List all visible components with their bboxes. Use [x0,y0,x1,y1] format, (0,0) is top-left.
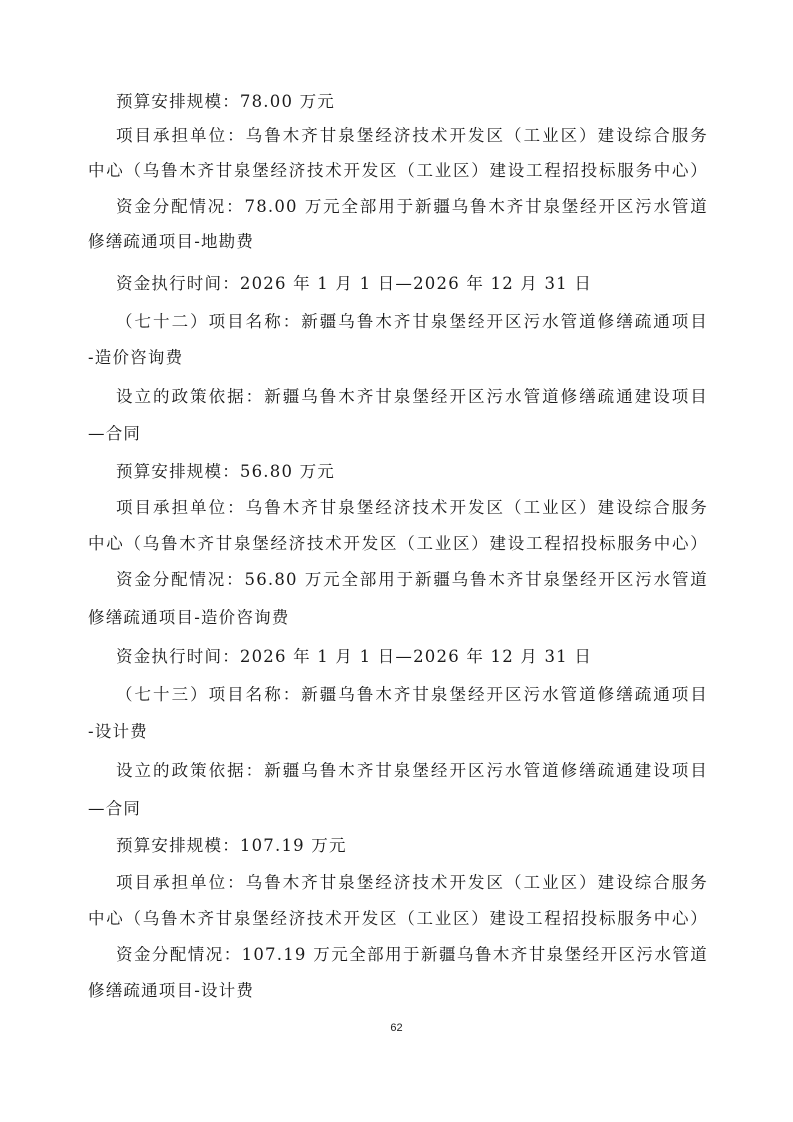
text-line: 中心（乌鲁木齐甘泉堡经济技术开发区（工业区）建设工程招投标服务中心） [88,160,708,182]
text-line: 修缮疏通项目-设计费 [88,980,708,1002]
document-page: 预算安排规模：78.00 万元项目承担单位：乌鲁木齐甘泉堡经济技术开发区（工业区… [0,0,793,1122]
text-line: 修缮疏通项目-造价咨询费 [88,607,708,629]
text-line: 设立的政策依据：新疆乌鲁木齐甘泉堡经开区污水管道修缮疏通建设项目 [116,386,708,408]
text-line: 项目承担单位：乌鲁木齐甘泉堡经济技术开发区（工业区）建设综合服务 [116,872,708,894]
text-line: -设计费 [88,721,708,743]
text-line: （七十三）项目名称：新疆乌鲁木齐甘泉堡经开区污水管道修缮疏通项目 [116,684,708,706]
text-line: 项目承担单位：乌鲁木齐甘泉堡经济技术开发区（工业区）建设综合服务 [116,497,708,519]
text-line: 设立的政策依据：新疆乌鲁木齐甘泉堡经开区污水管道修缮疏通建设项目 [116,760,708,782]
text-line: 预算安排规模：107.19 万元 [116,835,708,857]
text-line: （七十二）项目名称：新疆乌鲁木齐甘泉堡经开区污水管道修缮疏通项目 [116,311,708,333]
text-line: 资金分配情况：107.19 万元全部用于新疆乌鲁木齐甘泉堡经开区污水管道 [116,944,708,966]
text-line: 资金分配情况：56.80 万元全部用于新疆乌鲁木齐甘泉堡经开区污水管道 [116,569,708,591]
text-line: 预算安排规模：78.00 万元 [116,91,708,113]
text-line: -造价咨询费 [88,347,708,369]
text-line: 中心（乌鲁木齐甘泉堡经济技术开发区（工业区）建设工程招投标服务中心） [88,908,708,930]
text-line: 项目承担单位：乌鲁木齐甘泉堡经济技术开发区（工业区）建设综合服务 [116,125,708,147]
text-line: 预算安排规模：56.80 万元 [116,461,708,483]
text-line: 修缮疏通项目-地勘费 [88,231,708,253]
page-number: 62 [0,1022,793,1034]
text-line: 资金执行时间：2026 年 1 月 1 日—2026 年 12 月 31 日 [116,646,708,668]
text-line: 中心（乌鲁木齐甘泉堡经济技术开发区（工业区）建设工程招投标服务中心） [88,533,708,555]
text-line: 资金分配情况：78.00 万元全部用于新疆乌鲁木齐甘泉堡经开区污水管道 [116,196,708,218]
text-line: —合同 [88,423,708,445]
text-line: —合同 [88,798,708,820]
text-line: 资金执行时间：2026 年 1 月 1 日—2026 年 12 月 31 日 [116,273,708,295]
